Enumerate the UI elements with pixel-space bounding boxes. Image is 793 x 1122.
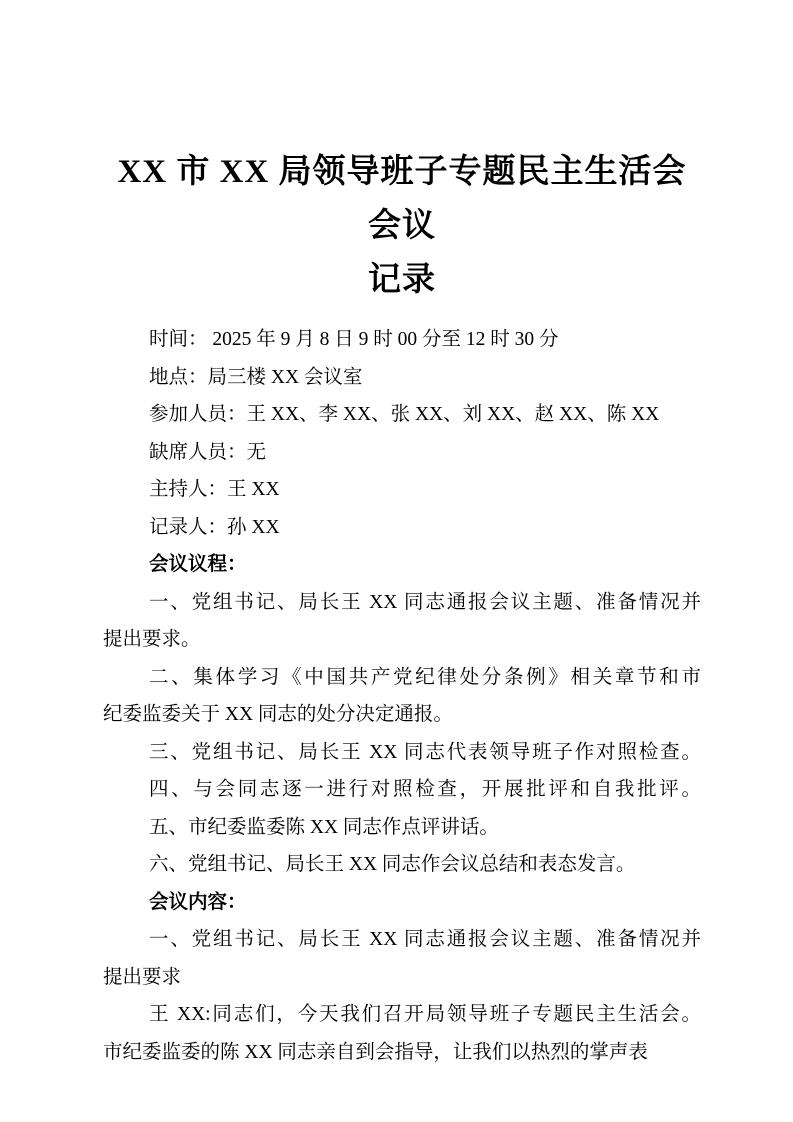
title-line-1: XX 市 XX 局领导班子专题民主生活会会议 [103,145,701,253]
agenda-item-3: 三、党组书记、局长王 XX 同志代表领导班子作对照检查。 [103,734,701,772]
meta-absent: 缺席人员：无 [103,434,701,472]
content-item-1-line-1: 一、党组书记、局长王 XX 同志通报会议主题、准备情况并 [103,921,701,959]
meta-host: 主持人：王 XX [103,471,701,509]
meta-attendees: 参加人员：王 XX、李 XX、张 XX、刘 XX、赵 XX、陈 XX [103,396,701,434]
agenda-item-1-line-2: 提出要求。 [103,621,701,659]
title-line-2: 记录 [103,253,701,307]
speech-wang-line-2: 市纪委监委的陈 XX 同志亲自到会指导，让我们以热烈的掌声表 [103,1034,701,1072]
document-page: XX 市 XX 局领导班子专题民主生活会会议 记录 时间： 2025 年 9 月… [0,0,793,1122]
content-heading: 会议内容： [103,884,701,922]
meta-recorder: 记录人：孙 XX [103,509,701,547]
agenda-item-1-line-1: 一、党组书记、局长王 XX 同志通报会议主题、准备情况并 [103,584,701,622]
agenda-item-6: 六、党组书记、局长王 XX 同志作会议总结和表态发言。 [103,846,701,884]
document-title: XX 市 XX 局领导班子专题民主生活会会议 记录 [103,145,701,307]
meta-time: 时间： 2025 年 9 月 8 日 9 时 00 分至 12 时 30 分 [103,321,701,359]
agenda-heading: 会议议程： [103,546,701,584]
content-item-1-line-2: 提出要求 [103,959,701,997]
meta-location: 地点：局三楼 XX 会议室 [103,359,701,397]
agenda-item-2-line-2: 纪委监委关于 XX 同志的处分决定通报。 [103,696,701,734]
agenda-item-2-line-1: 二、集体学习《中国共产党纪律处分条例》相关章节和市 [103,659,701,697]
speech-wang-line-1: 王 XX:同志们，今天我们召开局领导班子专题民主生活会。 [103,996,701,1034]
agenda-item-5: 五、市纪委监委陈 XX 同志作点评讲话。 [103,809,701,847]
agenda-item-4: 四、与会同志逐一进行对照检查，开展批评和自我批评。 [103,771,701,809]
